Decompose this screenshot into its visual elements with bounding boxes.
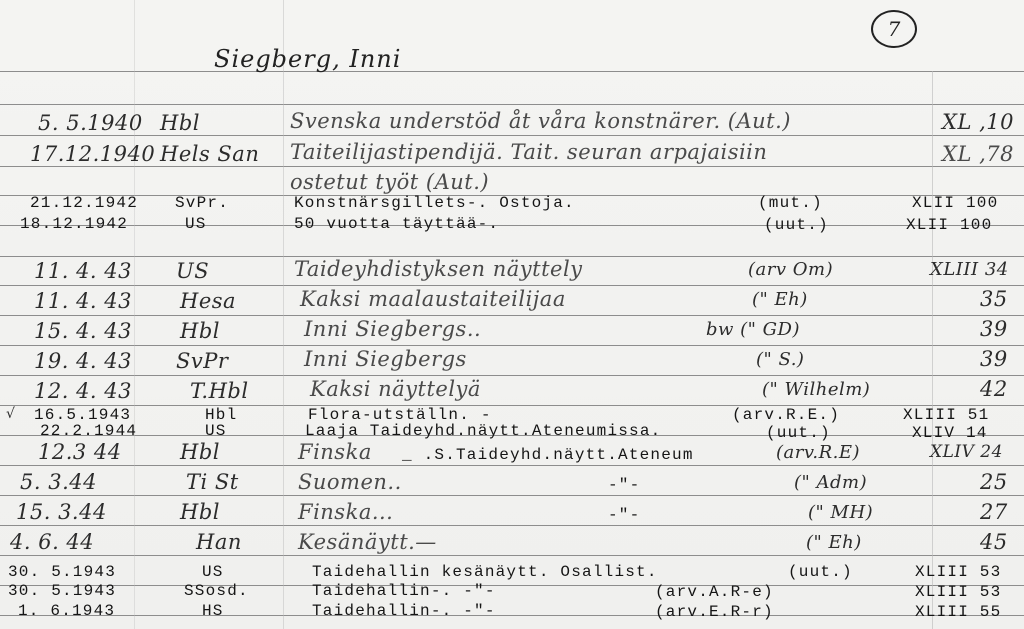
entry-date: 30. 5.1943 bbox=[8, 582, 116, 600]
entry-ditto: -"- bbox=[608, 476, 640, 494]
entry-ref: XLIII 55 bbox=[915, 603, 1001, 621]
entry-title: Inni Siegbergs.. bbox=[304, 317, 481, 341]
entry-note: (arv Om) bbox=[748, 259, 833, 280]
rule-line bbox=[0, 555, 1024, 556]
entry-date: 11. 4. 43 bbox=[34, 289, 132, 313]
entry-note: (arv.E.R-r) bbox=[655, 603, 774, 621]
entry-ref: XLIV 14 bbox=[912, 424, 988, 442]
entry-title: Kaksi näyttelyä bbox=[310, 377, 481, 401]
rule-line bbox=[0, 405, 1024, 406]
rule-line bbox=[0, 225, 1024, 226]
entry-ref: XLIII 51 bbox=[903, 406, 989, 424]
rule-line bbox=[0, 315, 1024, 316]
card-number: 7 bbox=[871, 10, 917, 48]
entry-date: 12. 4. 43 bbox=[34, 379, 132, 403]
card-number-text: 7 bbox=[888, 17, 901, 41]
entry-title: Svenska understöd åt våra konstnärer. (A… bbox=[290, 109, 791, 133]
rule-line bbox=[0, 285, 1024, 286]
entry-note: (" Wilhelm) bbox=[762, 379, 870, 400]
entry-ref: XL ,78 bbox=[942, 142, 1014, 166]
entry-source: T.Hbl bbox=[190, 379, 249, 403]
entry-title: Kaksi maalaustaiteilijaa bbox=[300, 287, 566, 311]
entry-date: 11. 4. 43 bbox=[34, 259, 132, 283]
entry-note: (uut.) bbox=[764, 216, 829, 234]
entry-title: Taidehallin kesänäytt. Osallist. bbox=[312, 563, 658, 581]
entry-ref: XL ,10 bbox=[942, 110, 1014, 134]
entry-title: _ .S.Taideyhd.näytt.Ateneum bbox=[402, 446, 694, 464]
entry-ref: XLIV 24 bbox=[930, 442, 1003, 462]
entry-note: (" Eh) bbox=[806, 532, 862, 553]
rule-line bbox=[0, 585, 1024, 586]
entry-note: (" MH) bbox=[808, 502, 873, 523]
entry-title: Laaja Taideyhd.näytt.Ateneumissa. bbox=[305, 422, 661, 440]
entry-title: Kesänäytt.— bbox=[298, 530, 437, 554]
entry-source: Hels San bbox=[160, 142, 259, 166]
entry-source: US bbox=[205, 422, 227, 440]
entry-note: bw (" GD) bbox=[706, 319, 800, 340]
entry-note: (uut.) bbox=[766, 424, 831, 442]
entry-note: (" S.) bbox=[756, 349, 804, 370]
entry-date: 5. 3.44 bbox=[20, 470, 97, 494]
entry-note: (arv.A.R-e) bbox=[655, 583, 774, 601]
column-divider bbox=[283, 0, 284, 629]
entry-ref: 25 bbox=[980, 470, 1008, 494]
entry-ref: XLIII 34 bbox=[930, 259, 1009, 280]
entry-source: Hbl bbox=[180, 500, 220, 524]
entry-note: (arv.R.E.) bbox=[732, 406, 840, 424]
entry-title: Inni Siegbergs bbox=[304, 347, 467, 371]
margin-mark: √ bbox=[6, 406, 15, 422]
entry-date: 22.2.1944 bbox=[40, 422, 137, 440]
rule-line bbox=[0, 615, 1024, 616]
entry-date: 30. 5.1943 bbox=[8, 563, 116, 581]
entry-date: 1. 6.1943 bbox=[18, 602, 115, 620]
entry-source: Ti St bbox=[186, 470, 239, 494]
rule-line bbox=[0, 495, 1024, 496]
entry-source: Han bbox=[196, 530, 242, 554]
entry-note: (arv.R.E) bbox=[776, 442, 860, 463]
entry-date: 21.12.1942 bbox=[30, 194, 138, 212]
entry-date: 18.12.1942 bbox=[20, 215, 128, 233]
entry-title-handwritten: Finska bbox=[298, 440, 372, 464]
entry-ref: XLII 100 bbox=[906, 216, 992, 234]
entry-date: 17.12.1940 bbox=[30, 142, 155, 166]
entry-ref: 42 bbox=[980, 377, 1008, 401]
entry-ref: 27 bbox=[980, 500, 1008, 524]
entry-title: Suomen.. bbox=[298, 470, 402, 494]
entry-source: Hesa bbox=[180, 289, 236, 313]
entry-source: Hbl bbox=[160, 111, 200, 135]
entry-date: 15. 3.44 bbox=[16, 500, 107, 524]
entry-ref: 39 bbox=[980, 317, 1008, 341]
entry-title: Taidehallin-. -"- bbox=[312, 602, 496, 620]
entry-title: Finska... bbox=[298, 500, 393, 524]
entry-date: 4. 6. 44 bbox=[10, 530, 94, 554]
entry-title: Taidehallin-. -"- bbox=[312, 582, 496, 600]
entry-source: US bbox=[176, 259, 209, 283]
entry-title: Konstnärsgillets-. Ostoja. bbox=[294, 194, 575, 212]
entry-date: 15. 4. 43 bbox=[34, 319, 132, 343]
entry-date: 5. 5.1940 bbox=[38, 111, 143, 135]
entry-source: HS bbox=[202, 602, 224, 620]
entry-note: (" Eh) bbox=[752, 289, 808, 310]
entry-date: 19. 4. 43 bbox=[34, 349, 132, 373]
entry-ref: XLIII 53 bbox=[915, 583, 1001, 601]
entry-title: 50 vuotta täyttää-. bbox=[294, 215, 499, 233]
entry-note: (mut.) bbox=[758, 194, 823, 212]
entry-ref: 45 bbox=[980, 530, 1008, 554]
entry-note: (uut.) bbox=[788, 563, 853, 581]
entry-source: US bbox=[202, 563, 224, 581]
entry-ref: 35 bbox=[980, 287, 1008, 311]
column-divider bbox=[134, 0, 135, 629]
entry-title: Taideyhdistyksen näyttely bbox=[294, 257, 583, 281]
rule-line bbox=[0, 525, 1024, 526]
entry-source: US bbox=[185, 215, 207, 233]
entry-ditto: -"- bbox=[608, 506, 640, 524]
entry-title-continued: ostetut työt (Aut.) bbox=[290, 170, 489, 194]
entry-ref: XLIII 53 bbox=[915, 563, 1001, 581]
entry-note: (" Adm) bbox=[794, 472, 867, 493]
entry-ref: XLII 100 bbox=[912, 194, 998, 212]
entry-source: SvPr bbox=[176, 349, 228, 373]
subject-name: Siegberg, Inni bbox=[214, 45, 401, 73]
rule-line bbox=[0, 375, 1024, 376]
entry-source: Hbl bbox=[180, 440, 220, 464]
entry-source: SSosd. bbox=[184, 582, 249, 600]
rule-line bbox=[0, 465, 1024, 466]
index-card: Siegberg, Inni 7 5. 5.1940 Hbl Svenska u… bbox=[0, 0, 1024, 629]
rule-line bbox=[0, 345, 1024, 346]
entry-ref: 39 bbox=[980, 347, 1008, 371]
rule-line bbox=[0, 135, 1024, 136]
column-divider bbox=[932, 71, 933, 629]
entry-source: SvPr. bbox=[175, 194, 229, 212]
entry-title: Taiteilijastipendijä. Tait. seuran arpaj… bbox=[290, 140, 767, 164]
entry-date: 12.3 44 bbox=[38, 440, 122, 464]
entry-source: Hbl bbox=[180, 319, 220, 343]
rule-line bbox=[0, 166, 1024, 167]
rule-line bbox=[0, 104, 1024, 105]
rule-line bbox=[0, 71, 1024, 72]
